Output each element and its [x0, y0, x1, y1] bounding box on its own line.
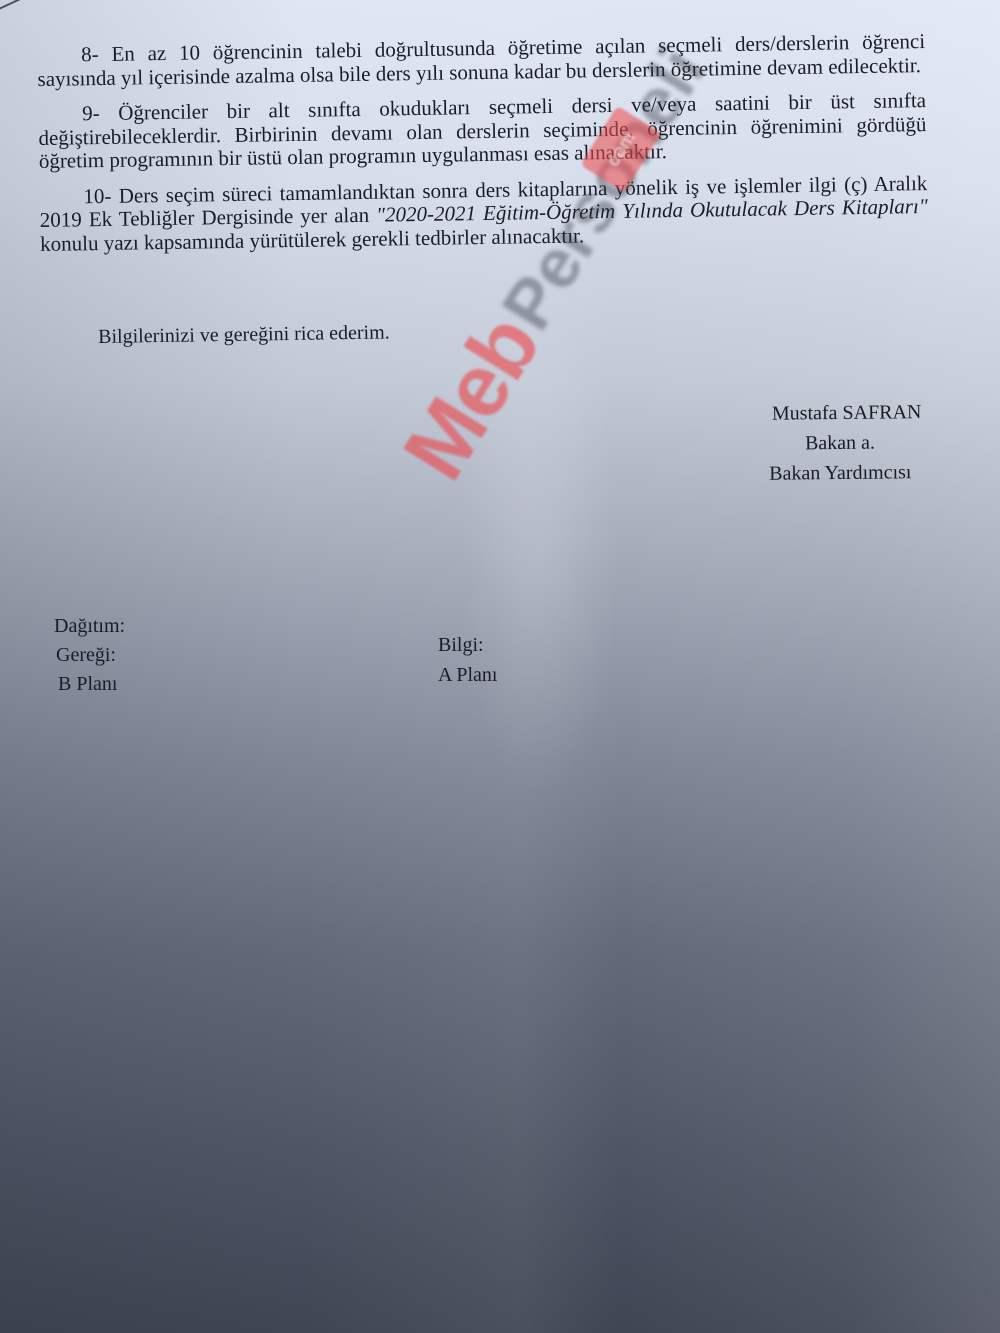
- light-reflection: [460, 300, 620, 800]
- paragraph-number: 10-: [83, 183, 111, 207]
- paragraph-text: Öğrenciler bir alt sınıfta okudukları se…: [38, 88, 926, 173]
- action-label: Gereği:: [56, 641, 125, 670]
- distribution-label: Dağıtım:: [54, 612, 125, 641]
- watermark-primary-text: Meb: [383, 299, 560, 497]
- document-body: 8- En az 10 öğrencinin talebi doğrultusu…: [37, 30, 928, 268]
- distribution-block: Dağıtım: Gereği: B Planı: [54, 612, 125, 699]
- signature-block: Mustafa SAFRAN Bakan a. Bakan Yardımcısı: [740, 397, 941, 489]
- signatory-capacity: Bakan a.: [740, 427, 940, 459]
- paragraph-10: 10- Ders seçim süreci tamamlandıktan son…: [39, 172, 928, 256]
- paragraph-number: 8-: [81, 42, 99, 66]
- paragraph-8: 8- En az 10 öğrencinin talebi doğrultusu…: [37, 30, 926, 91]
- paragraph-text: En az 10 öğrencinin talebi doğrultusunda…: [37, 29, 925, 90]
- closing-line: Bilgilerinizi ve gereğini rica ederim.: [98, 321, 390, 349]
- paragraph-number: 9-: [82, 101, 100, 125]
- info-block: Bilgi: A Planı: [438, 630, 497, 690]
- paper-corner-edge: [0, 0, 27, 14]
- action-value: B Planı: [58, 670, 125, 699]
- paragraph-9: 9- Öğrenciler bir alt sınıfta okudukları…: [38, 89, 927, 173]
- signatory-name: Mustafa SAFRAN: [754, 397, 940, 429]
- info-label: Bilgi:: [438, 630, 497, 660]
- info-value: A Planı: [438, 660, 497, 690]
- signatory-title: Bakan Yardımcısı: [740, 457, 940, 489]
